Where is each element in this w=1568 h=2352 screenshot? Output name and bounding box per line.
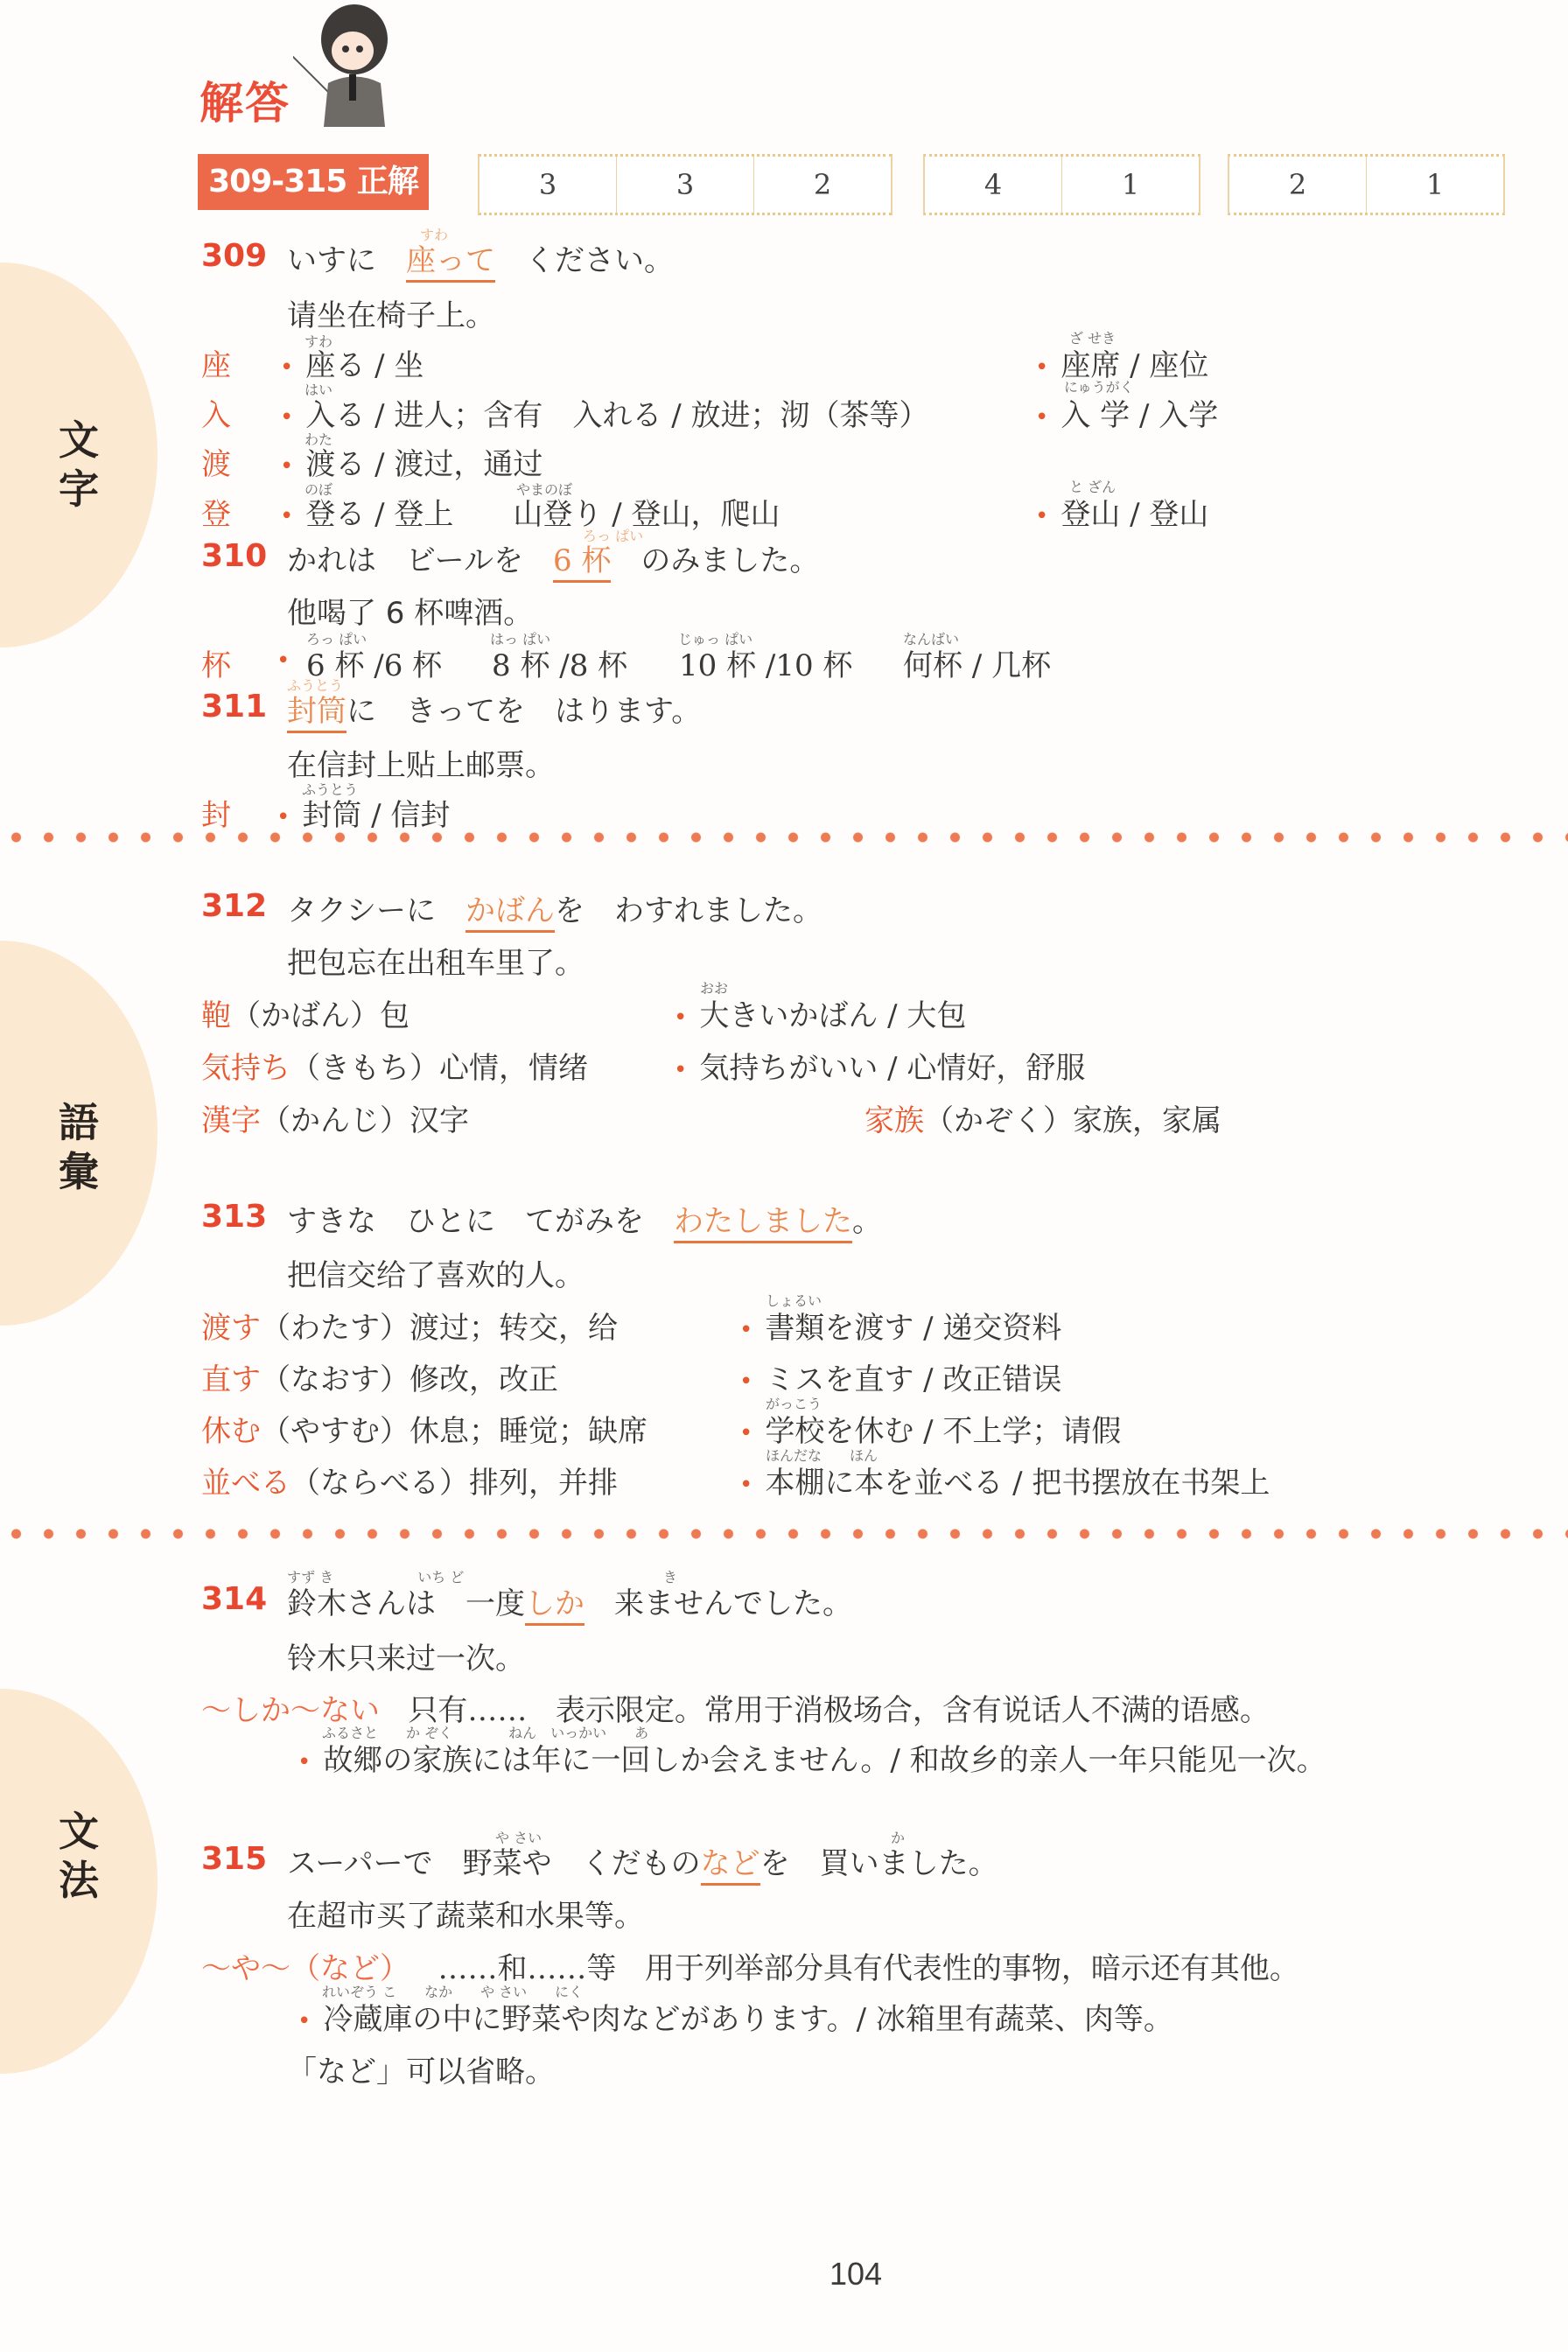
vocab-example: •本棚に本を並べる / 把书摆放在书架上 — [739, 1459, 1270, 1501]
bullet-icon: • — [1035, 404, 1048, 430]
sentence-pre: 鈴木さんは 一度 — [287, 1586, 525, 1621]
answer-badge: 309-315 正解 — [198, 154, 429, 210]
answer-highlight: 6 杯 — [553, 543, 611, 583]
section-divider — [0, 832, 1568, 843]
counter-item: 8 杯 /8 杯 — [492, 641, 627, 684]
vocab-item: •渡る / 渡过，通过 — [280, 440, 542, 483]
question-313-translation: 把信交给了喜欢的人。 — [287, 1251, 584, 1294]
example-text: 本棚に本を並べる / 把书摆放在书架上 — [765, 1466, 1270, 1501]
question-315-sentence: スーパーで 野菜や くだものなどを 買いました。 — [287, 1839, 998, 1882]
vocab-row: 気持ち（きもち）心情，情绪 — [201, 1044, 588, 1087]
question-314-sentence: 鈴木さんは 一度しか 来ませんでした。 — [287, 1579, 852, 1622]
sentence-post: を 買いました。 — [760, 1846, 998, 1881]
question-311-sentence: 封筒に きってを はります。 — [287, 687, 701, 730]
grammar-explanation: 表示限定。常用于消极场合，含有说话人不满的语感。 — [556, 1693, 1270, 1728]
item-text: 登山 / 登山 — [1060, 497, 1208, 532]
vocab-reading: （かばん） — [231, 998, 380, 1033]
vocab-row: 渡す（わたす）渡过；转交，给 — [201, 1304, 618, 1347]
vocab-reading: （かんじ） — [261, 1103, 409, 1138]
question-number-313: 313 — [201, 1199, 267, 1235]
vocab-row: 直す（なおす）修改，改正 — [201, 1355, 558, 1398]
answer-highlight: など — [701, 1846, 760, 1886]
vocab-reading: （きもち） — [290, 1051, 439, 1086]
sentence-pre: スーパーで 野菜や くだもの — [287, 1846, 701, 1881]
bullet-icon: • — [297, 2008, 311, 2034]
vocab-meaning: 家族，家属 — [1073, 1103, 1221, 1138]
kanji-label: 入 — [201, 391, 231, 434]
vocab-example: •書類を渡す / 递交资料 — [739, 1304, 1061, 1347]
answer-313: 1 — [1062, 157, 1199, 213]
vocab-word: 鞄 — [201, 998, 231, 1033]
grammar-example: •冷蔵庫の中に野菜や肉などがあります。/ 冰箱里有蔬菜、肉等。 — [297, 1995, 1173, 2038]
kanji-label: 渡 — [201, 440, 231, 483]
vocab-word: 渡す — [201, 1311, 261, 1346]
counter-item: 10 杯 /10 杯 — [679, 641, 852, 684]
answer-highlight: わたしました — [674, 1204, 852, 1243]
vocab-example: •学校を休む / 不上学；请假 — [739, 1407, 1121, 1450]
answer-group-2: 4 1 — [923, 154, 1200, 215]
answer-310: 3 — [617, 157, 754, 213]
vocab-row: 家族（かぞく）家族，家属 — [864, 1096, 1221, 1139]
kanji-label: 封 — [201, 791, 231, 834]
bullet-icon: • — [739, 1472, 752, 1498]
kanji-label: 登 — [201, 490, 231, 533]
example-text: 大きいかばん / 大包 — [699, 998, 966, 1033]
bullet-icon: • — [1035, 354, 1048, 381]
bullet-icon: • — [739, 1420, 752, 1446]
answer-highlight: 封筒 — [287, 694, 346, 733]
vocab-meaning: 汉字 — [409, 1103, 469, 1138]
vocab-word: 漢字 — [201, 1103, 261, 1138]
sentence-pre: タクシーに — [287, 893, 465, 928]
bullet-icon: • — [280, 404, 293, 430]
page-title: 解答 — [199, 68, 290, 131]
example-text: 故郷の家族には年に一回しか会えません。/ 和故乡的亲人一年只能见一次。 — [323, 1743, 1326, 1778]
vocab-meaning: 心情，情绪 — [439, 1051, 588, 1086]
grammar-explanation: 用于列举部分具有代表性的事物，暗示还有其他。 — [645, 1951, 1299, 1986]
question-number-309: 309 — [201, 238, 267, 274]
answer-group-3: 2 1 — [1228, 154, 1505, 215]
vocab-example: •気持ちがいい / 心情好，舒服 — [674, 1044, 1085, 1087]
kanji-label: 杯 — [201, 641, 231, 684]
vocab-reading: （かぞく） — [924, 1103, 1073, 1138]
counter-item: 何杯 / 几杯 — [903, 641, 1051, 684]
question-number-314: 314 — [201, 1581, 267, 1617]
vocab-example: •大きいかばん / 大包 — [674, 991, 966, 1034]
item-text: 渡る / 渡过，通过 — [305, 447, 542, 482]
answer-group-1: 3 3 2 — [478, 154, 892, 215]
vocab-reading: （やすむ） — [261, 1414, 409, 1449]
answer-314: 2 — [1229, 157, 1367, 213]
question-315-translation: 在超市买了蔬菜和水果等。 — [287, 1892, 644, 1935]
question-310-sentence: かれは ビールを 6 杯 のみました。 — [287, 536, 819, 579]
kanji-label: 座 — [201, 341, 231, 384]
bullet-icon: • — [280, 503, 293, 529]
question-312-sentence: タクシーに かばんを わすれました。 — [287, 886, 822, 929]
sentence-post: に きってを はります。 — [346, 694, 701, 729]
vocab-meaning: 渡过；转交，给 — [409, 1311, 618, 1346]
vocab-item: •入 学 / 入学 — [1035, 391, 1218, 434]
example-text: 気持ちがいい / 心情好，舒服 — [699, 1051, 1085, 1086]
question-number-311: 311 — [201, 689, 267, 724]
item-text: 入 学 / 入学 — [1060, 398, 1218, 433]
question-314-translation: 铃木只来过一次。 — [287, 1634, 525, 1677]
grammar-note: 「など」可以省略。 — [287, 2047, 555, 2090]
answer-312: 4 — [925, 157, 1062, 213]
sentence-pre: すきな ひとに てがみを — [287, 1204, 674, 1239]
vocab-item: •座る / 坐 — [280, 341, 423, 384]
vocab-example: •ミスを直す / 改正错误 — [739, 1355, 1061, 1398]
vocab-word: 気持ち — [201, 1051, 290, 1086]
sentence-post: を わすれました。 — [555, 893, 822, 928]
sentence-pre: いすに — [287, 243, 406, 278]
bullet-icon: • — [739, 1368, 752, 1395]
teacher-mascot-icon — [293, 0, 407, 131]
item-text: 封筒 / 信封 — [302, 798, 450, 833]
side-tab-moji: 文字 — [54, 416, 103, 514]
section-divider — [0, 1529, 1568, 1539]
item-text: 登る / 登上 山登り / 登山，爬山 — [305, 497, 780, 532]
sentence-post: ください。 — [495, 243, 674, 278]
question-number-312: 312 — [201, 888, 267, 924]
vocab-meaning: 包 — [380, 998, 409, 1033]
bullet-icon: • — [1035, 503, 1048, 529]
answer-311: 2 — [754, 157, 891, 213]
answer-highlight: かばん — [465, 893, 555, 933]
bullet-icon: • — [674, 1057, 687, 1083]
answer-309: 3 — [479, 157, 617, 213]
grammar-example: •故郷の家族には年に一回しか会えません。/ 和故乡的亲人一年只能见一次。 — [297, 1736, 1326, 1779]
sentence-post: のみました。 — [611, 543, 819, 578]
example-text: 学校を休む / 不上学；请假 — [765, 1414, 1121, 1449]
bullet-icon: • — [280, 453, 293, 479]
question-311-translation: 在信封上贴上邮票。 — [287, 741, 555, 784]
question-312-translation: 把包忘在出租车里了。 — [287, 939, 584, 982]
vocab-row: 並べる（ならべる）排列，并排 — [201, 1459, 618, 1501]
vocab-item: •入る / 进人；含有 入れる / 放进；沏（茶等） — [280, 391, 928, 434]
vocab-reading: （わたす） — [261, 1311, 409, 1346]
sentence-pre: かれは ビールを — [287, 543, 553, 578]
question-309-translation: 请坐在椅子上。 — [287, 291, 495, 334]
sentence-post: 。 — [852, 1204, 882, 1239]
vocab-row: 漢字（かんじ）汉字 — [201, 1096, 469, 1139]
vocab-word: 直す — [201, 1362, 261, 1397]
example-text: 冷蔵庫の中に野菜や肉などがあります。/ 冰箱里有蔬菜、肉等。 — [323, 2002, 1173, 2037]
vocab-reading: （ならべる） — [290, 1466, 469, 1501]
example-text: 書類を渡す / 递交资料 — [765, 1311, 1061, 1346]
vocab-meaning: 休息；睡觉；缺席 — [409, 1414, 647, 1449]
vocab-reading: （なおす） — [261, 1362, 409, 1397]
question-309-sentence: いすに 座って ください。 — [287, 236, 674, 279]
side-tab-bunpo: 文法 — [54, 1807, 103, 1905]
bullet-icon: • — [739, 1317, 752, 1343]
bullet-icon: • — [674, 1004, 687, 1031]
item-text: 座る / 坐 — [305, 348, 423, 383]
question-310-translation: 他喝了 6 杯啤酒。 — [287, 589, 533, 632]
bullet-icon: • — [276, 641, 302, 676]
question-number-315: 315 — [201, 1841, 267, 1877]
answer-highlight: 座って — [406, 243, 495, 283]
side-tab-goi: 語彙 — [54, 1098, 103, 1196]
example-text: ミスを直す / 改正错误 — [765, 1362, 1061, 1397]
bullet-icon: • — [276, 804, 290, 830]
bullet-icon: • — [297, 1749, 311, 1775]
vocab-meaning: 修改，改正 — [409, 1362, 558, 1397]
vocab-meaning: 排列，并排 — [469, 1466, 618, 1501]
vocab-row: 鞄（かばん）包 — [201, 991, 409, 1034]
vocab-row: 休む（やすむ）休息；睡觉；缺席 — [201, 1407, 647, 1450]
answer-315: 1 — [1367, 157, 1503, 213]
question-313-sentence: すきな ひとに てがみを わたしました。 — [287, 1197, 882, 1240]
vocab-item: •登る / 登上 山登り / 登山，爬山 — [280, 490, 780, 533]
page-number: 104 — [829, 2256, 882, 2292]
bullet-icon: • — [280, 354, 293, 381]
answer-highlight: しか — [525, 1586, 584, 1626]
vocab-word: 並べる — [201, 1466, 290, 1501]
vocab-word: 家族 — [864, 1103, 924, 1138]
item-text: 入る / 进人；含有 入れる / 放进；沏（茶等） — [305, 398, 928, 433]
vocab-word: 休む — [201, 1414, 261, 1449]
sentence-post: 来ませんでした。 — [584, 1586, 852, 1621]
vocab-item: •登山 / 登山 — [1035, 490, 1208, 533]
vocab-item: •封筒 / 信封 — [276, 791, 450, 834]
question-number-310: 310 — [201, 538, 267, 574]
